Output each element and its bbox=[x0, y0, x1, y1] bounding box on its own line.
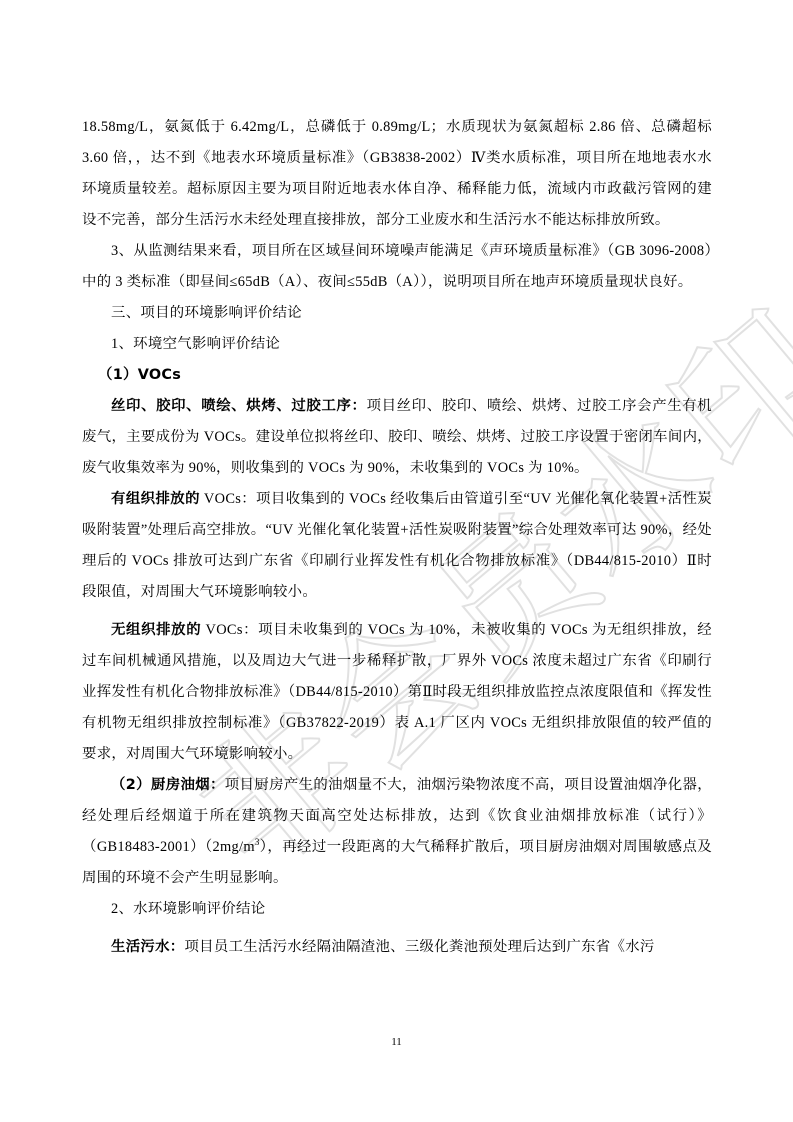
page-number: 11 bbox=[0, 1036, 793, 1048]
sewage-text: 项目员工生活污水经隔油隔渣池、三级化粪池预处理后达到广东省《水污 bbox=[184, 939, 654, 955]
page-body: 18.58mg/L，氨氮低于 6.42mg/L，总磷低于 0.89mg/L；水质… bbox=[82, 112, 712, 963]
paragraph-sewage: 生活污水：项目员工生活污水经隔油隔渣池、三级化粪池预处理后达到广东省《水污 bbox=[82, 932, 712, 963]
heading-vocs: （1）VOCs bbox=[82, 360, 712, 391]
sewage-label: 生活污水： bbox=[111, 939, 184, 955]
paragraph-unorganized: 无组织排放的 VOCs：项目未收集到的 VOCs 为 10%，未被收集的 VOC… bbox=[82, 615, 712, 770]
document-page: 非会员水印 18.58mg/L，氨氮低于 6.42mg/L，总磷低于 0.89m… bbox=[0, 0, 793, 1122]
kitchen-label: （2）厨房油烟： bbox=[111, 777, 225, 793]
heading-air-conclusion: 1、环境空气影响评价结论 bbox=[82, 329, 712, 360]
heading-water-conclusion: 2、水环境影响评价结论 bbox=[82, 894, 712, 925]
unorganized-text: VOCs：项目未收集到的 VOCs 为 10%，未被收集的 VOCs 为无组织排… bbox=[82, 622, 712, 762]
process-label: 丝印、胶印、喷绘、烘烤、过胶工序： bbox=[111, 398, 367, 414]
heading-impact-conclusion: 三、项目的环境影响评价结论 bbox=[82, 298, 712, 329]
paragraph-noise: 3、从监测结果来看，项目所在区域昼间环境噪声能满足《声环境质量标准》（GB 30… bbox=[82, 236, 712, 298]
paragraph-organized: 有组织排放的 VOCs：项目收集到的 VOCs 经收集后由管道引至“UV 光催化… bbox=[82, 484, 712, 608]
paragraph-process: 丝印、胶印、喷绘、烘烤、过胶工序：项目丝印、胶印、喷绘、烘烤、过胶工序会产生有机… bbox=[82, 391, 712, 484]
paragraph-water-quality: 18.58mg/L，氨氮低于 6.42mg/L，总磷低于 0.89mg/L；水质… bbox=[82, 112, 712, 236]
paragraph-kitchen: （2）厨房油烟：项目厨房产生的油烟量不大，油烟污染物浓度不高，项目设置油烟净化器… bbox=[82, 770, 712, 894]
unorganized-label: 无组织排放的 bbox=[111, 622, 201, 638]
organized-label: 有组织排放的 bbox=[111, 491, 200, 507]
organized-text: VOCs：项目收集到的 VOCs 经收集后由管道引至“UV 光催化氧化装置+活性… bbox=[82, 491, 712, 600]
